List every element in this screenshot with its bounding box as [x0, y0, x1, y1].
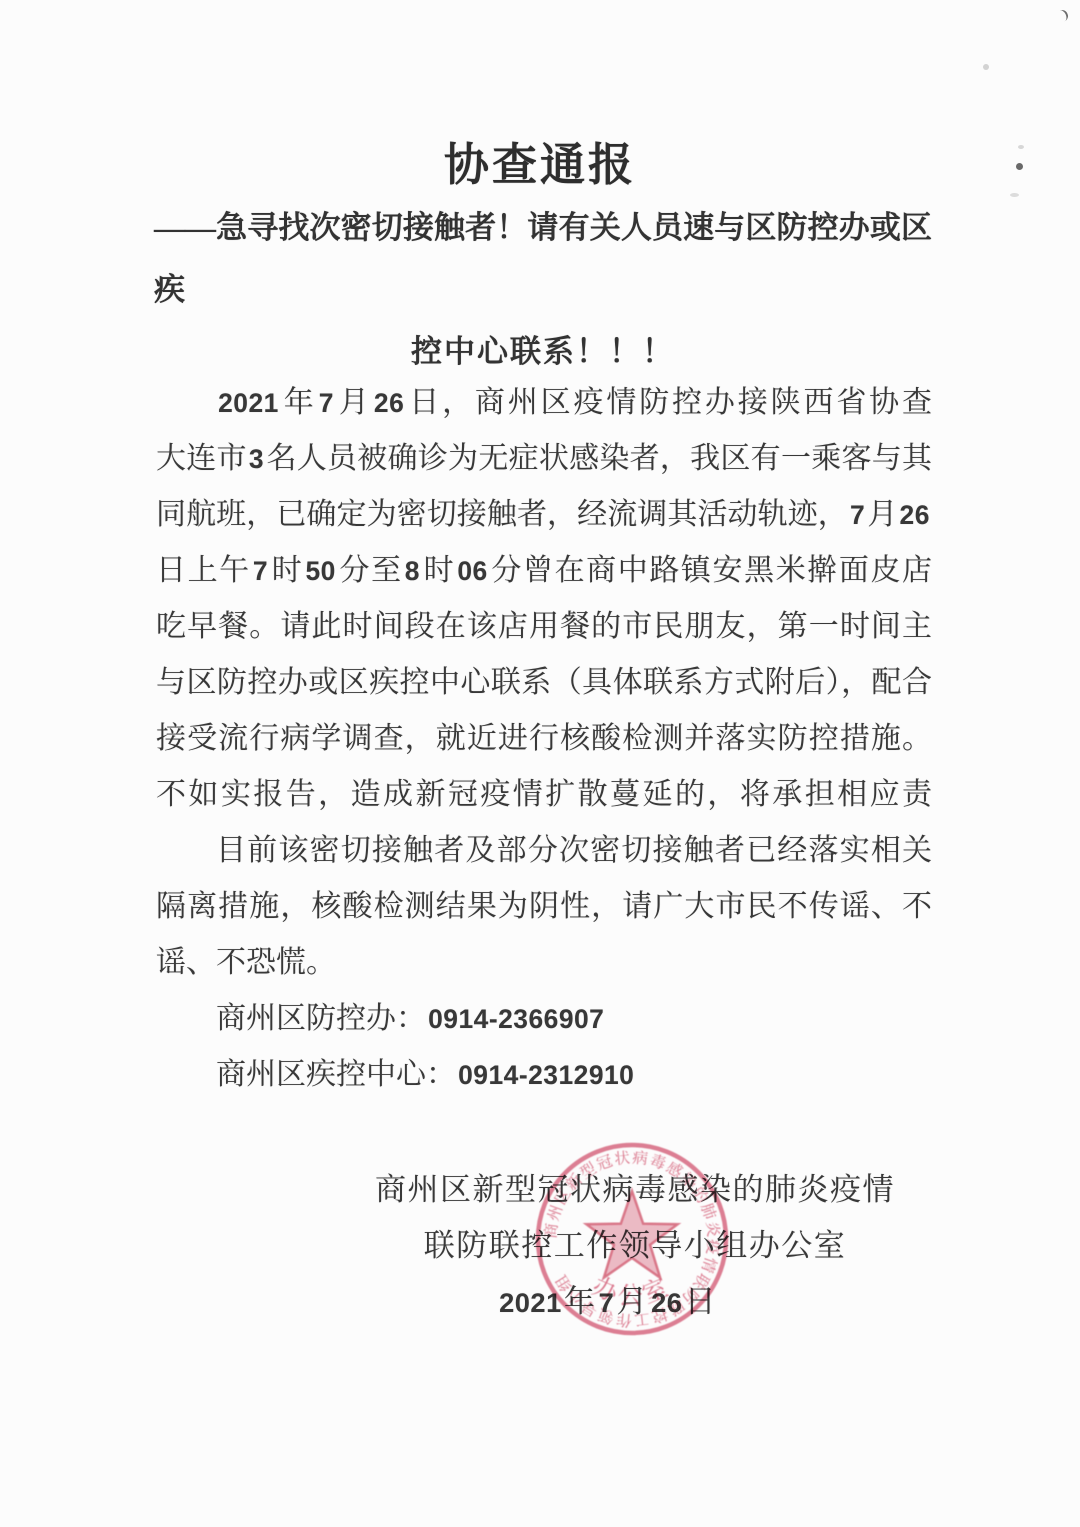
scanned-notice-page: 协查通报 ——急寻找次密切接触者！请有关人员速与区防控办或区疾 控中心联系！！！…: [0, 0, 1080, 1527]
body-line: 2021年7月26日，商州区疫情防控办接陕西省协查函，: [156, 375, 932, 431]
contact-line-fangkongban: 商州区防控办：0914-2366907: [156, 991, 932, 1047]
scan-speck: [1016, 163, 1023, 170]
notice-body: 2021年7月26日，商州区疫情防控办接陕西省协查函， 大连市3名人员被确诊为无…: [156, 375, 932, 1103]
notice-title: 协查通报: [0, 139, 1080, 191]
signature-block: 商州区新型冠状病毒感染的肺炎疫情 联防联控工作领导小组办公室 2021年7月26…: [340, 1162, 930, 1331]
body-line: 隔离措施，核酸检测结果为阴性，请广大市民不传谣、不信: [156, 879, 932, 935]
subtitle-line-1: ——急寻找次密切接触者！请有关人员速与区防控办或区疾: [154, 197, 932, 321]
body-line: 同航班，已确定为密切接触者，经流调其活动轨迹，7月26: [156, 487, 932, 543]
body-line: 不如实报告，造成新冠疫情扩散蔓延的，将承担相应责任。: [156, 767, 932, 823]
body-line: 大连市3名人员被确诊为无症状感染者，我区有一乘客与其: [156, 431, 932, 487]
body-line: 日上午7时50分至8时06分曾在商中路镇安黑米擀面皮店: [156, 543, 932, 599]
body-line: 与区防控办或区疾控中心联系（具体联系方式附后），配合: [156, 655, 932, 711]
body-line: 吃早餐。请此时间段在该店用餐的市民朋友，第一时间主动: [156, 599, 932, 655]
scan-speck: [1054, 8, 1070, 24]
signature-date: 2021年7月26日: [312, 1274, 902, 1331]
signature-line-1: 商州区新型冠状病毒感染的肺炎疫情: [340, 1162, 930, 1218]
body-line: 目前该密切接触者及部分次密切接触者已经落实相关: [156, 823, 932, 879]
signature-line-2: 联防联控工作领导小组办公室: [340, 1218, 930, 1274]
scan-speck: [1010, 193, 1019, 197]
subtitle-line-2: 控中心联系！！！: [154, 321, 932, 383]
body-line: 接受流行病学调查，就近进行核酸检测并落实防控措施。若: [156, 711, 932, 767]
body-line: 谣、不恐慌。: [156, 935, 932, 991]
scan-speck: [983, 64, 989, 70]
scan-speck: [1018, 145, 1024, 149]
notice-subtitle: ——急寻找次密切接触者！请有关人员速与区防控办或区疾 控中心联系！！！: [154, 197, 932, 383]
contact-line-cdc: 商州区疾控中心：0914-2312910: [156, 1047, 932, 1103]
